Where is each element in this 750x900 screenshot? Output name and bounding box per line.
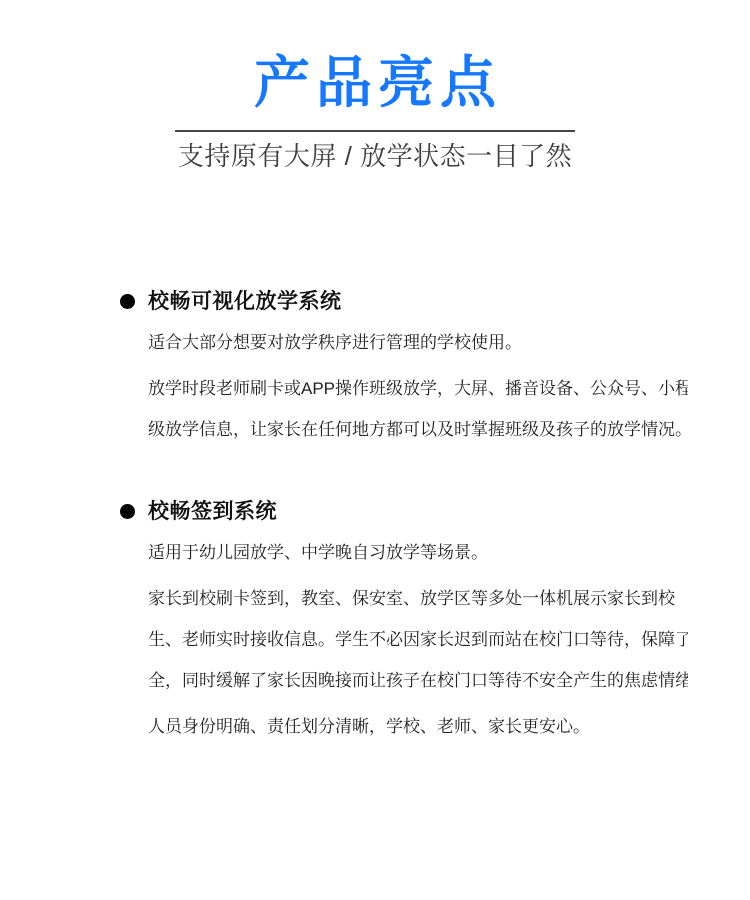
- feature-section-checkin-system: 校畅签到系统 适用于幼儿园放学、中学晚自习放学等场景。 家长到校刷卡签到，教室、…: [0, 501, 750, 747]
- feature-head: 校畅签到系统: [148, 501, 750, 523]
- paragraph: 家长到校刷卡签到，教室、保安室、放学区等多处一体机展示家长到校 生、老师实时接收…: [148, 578, 688, 701]
- body-line: 适合大部分想要对放学秩序进行管理的学校使用。: [148, 322, 688, 363]
- paragraph: 人员身份明确、责任划分清晰，学校、老师、家长更安心。: [148, 706, 688, 747]
- content: 校畅可视化放学系统 适合大部分想要对放学秩序进行管理的学校使用。 放学时段老师刷…: [0, 291, 750, 747]
- feature-title: 校畅可视化放学系统: [148, 291, 750, 313]
- product-highlights-page: 产品亮点 支持原有大屏 / 放学状态一目了然 校畅可视化放学系统 适合大部分想要…: [0, 0, 750, 900]
- body-line: 生、老师实时接收信息。学生不必因家长迟到而站在校门口等待，保障了: [148, 619, 688, 660]
- body-line: 家长到校刷卡签到，教室、保安室、放学区等多处一体机展示家长到校: [148, 578, 688, 619]
- paragraph: 适合大部分想要对放学秩序进行管理的学校使用。: [148, 322, 688, 363]
- bullet-icon: [120, 294, 135, 309]
- body-line: 级放学信息，让家长在任何地方都可以及时掌握班级及孩子的放学情况。: [148, 409, 688, 450]
- feature-head: 校畅可视化放学系统: [148, 291, 750, 313]
- page-subtitle: 支持原有大屏 / 放学状态一目了然: [0, 141, 750, 172]
- feature-section-dismissal-system: 校畅可视化放学系统 适合大部分想要对放学秩序进行管理的学校使用。 放学时段老师刷…: [0, 291, 750, 450]
- feature-body: 适用于幼儿园放学、中学晚自习放学等场景。 家长到校刷卡签到，教室、保安室、放学区…: [148, 532, 688, 747]
- paragraph: 适用于幼儿园放学、中学晚自习放学等场景。: [148, 532, 688, 573]
- title-divider: [175, 130, 575, 132]
- bullet-icon: [120, 504, 135, 519]
- feature-body: 适合大部分想要对放学秩序进行管理的学校使用。 放学时段老师刷卡或APP操作班级放…: [148, 322, 688, 450]
- body-line: 放学时段老师刷卡或APP操作班级放学，大屏、播音设备、公众号、小程: [148, 368, 688, 409]
- feature-title: 校畅签到系统: [148, 501, 750, 523]
- body-line: 适用于幼儿园放学、中学晚自习放学等场景。: [148, 532, 688, 573]
- paragraph: 放学时段老师刷卡或APP操作班级放学，大屏、播音设备、公众号、小程 级放学信息，…: [148, 368, 688, 450]
- body-line: 全，同时缓解了家长因晚接而让孩子在校门口等待不安全产生的焦虑情绪: [148, 660, 688, 701]
- page-header: 产品亮点 支持原有大屏 / 放学状态一目了然: [0, 0, 750, 172]
- page-title: 产品亮点: [0, 52, 750, 114]
- body-line: 人员身份明确、责任划分清晰，学校、老师、家长更安心。: [148, 706, 688, 747]
